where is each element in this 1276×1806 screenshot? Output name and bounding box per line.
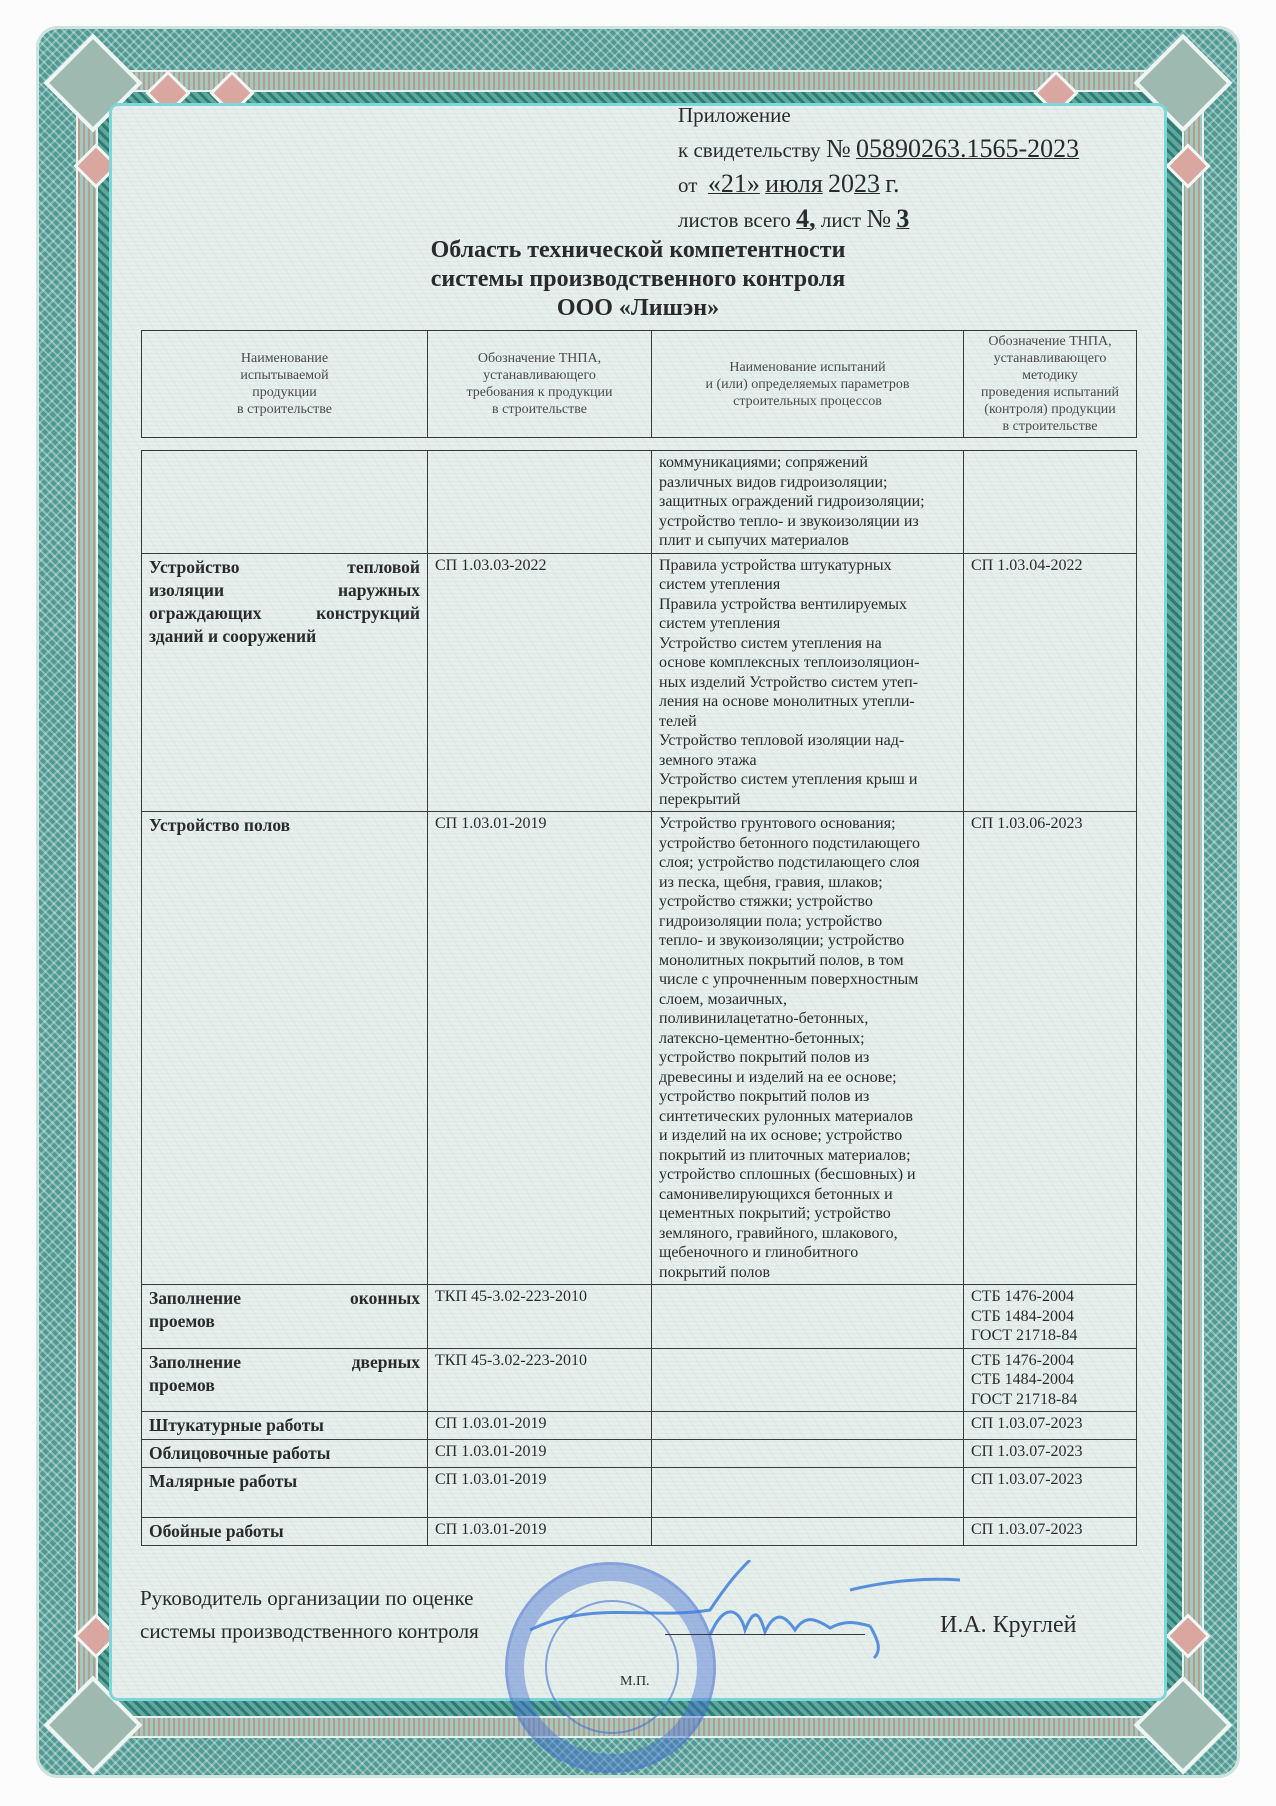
cell-line: Устройство тепловой xyxy=(149,556,420,579)
cell-line: земного этажа xyxy=(659,751,956,771)
table-row: Облицовочные работыСП 1.03.01-2019СП 1.0… xyxy=(142,1440,1137,1468)
cell-line: зданий и сооружений xyxy=(149,625,420,648)
header-line: продукции xyxy=(146,384,423,401)
cell-requirement-tnpa: ТКП 45-3.02-223-2010 xyxy=(428,1285,652,1349)
column-header-requirement-tnpa: Обозначение ТНПА,устанавливающеготребова… xyxy=(428,331,652,438)
cell-line: ных изделий Устройство систем утеп- xyxy=(659,673,956,693)
signature-icon xyxy=(510,1560,970,1670)
certificate-prefix: к свидетельству xyxy=(678,138,821,162)
cell-requirement-tnpa: СП 1.03.01-2019 xyxy=(428,812,652,1285)
cell-line: устройство стяжки; устройство xyxy=(659,892,956,912)
cell-tests: Правила устройства штукатурныхсистем уте… xyxy=(652,553,964,812)
cell-line: Обойные работы xyxy=(149,1520,420,1543)
cell-line: Правила устройства вентилируемых xyxy=(659,595,956,615)
cell-line: Устройство систем утепления крыш и xyxy=(659,770,956,790)
table-row: Заполнение дверныхпроемовТКП 45-3.02-223… xyxy=(142,1348,1137,1412)
cell-line: ления на основе монолитных утепли- xyxy=(659,692,956,712)
cell-product: Штукатурные работы xyxy=(142,1412,428,1440)
cell-line: СТБ 1484-2004 xyxy=(971,1307,1129,1327)
cell-product: Обойные работы xyxy=(142,1518,428,1546)
sheet-number-sign: № xyxy=(866,204,891,233)
signatory-name: И.А. Круглей xyxy=(940,1612,1076,1639)
cell-line: СТБ 1484-2004 xyxy=(971,1370,1129,1390)
date-suffix: г. xyxy=(885,169,899,198)
header-line: и (или) определяемых параметров xyxy=(656,376,959,393)
appendix-header: Приложение к свидетельству № 05890263.15… xyxy=(678,98,1079,237)
table-row: Штукатурные работыСП 1.03.01-2019СП 1.03… xyxy=(142,1412,1137,1440)
date-prefix: от xyxy=(678,173,697,197)
table-row: Устройство половСП 1.03.01-2019Устройств… xyxy=(142,812,1137,1285)
cell-line: Устройство тепловой изоляции над- xyxy=(659,731,956,751)
header-line: Обозначение ТНПА, xyxy=(432,350,647,367)
cell-line: Малярные работы xyxy=(149,1470,420,1493)
cell-line: СТБ 1476-2004 xyxy=(971,1287,1129,1307)
sheet-number: 3 xyxy=(896,204,909,233)
cell-line: телей xyxy=(659,712,956,732)
certificate-number: 05890263.1565-2023 xyxy=(856,134,1079,163)
cell-requirement-tnpa: ТКП 45-3.02-223-2010 xyxy=(428,1348,652,1412)
cell-line: проемов xyxy=(149,1374,420,1397)
header-line: Наименование xyxy=(146,350,423,367)
cell-method-tnpa: СП 1.03.07-2023 xyxy=(964,1468,1137,1518)
date-year-suffix: 23 xyxy=(854,169,880,198)
cell-tests: коммуникациями; сопряженийразличных видо… xyxy=(652,451,964,554)
cell-line: тепло- и звукоизоляции; устройство xyxy=(659,931,956,951)
cell-method-tnpa xyxy=(964,451,1137,554)
cell-line: числе с упрочненным поверхностным xyxy=(659,970,956,990)
cell-product: Устройство полов xyxy=(142,812,428,1285)
cell-line: устройство сплошных (бесшовных) и xyxy=(659,1165,956,1185)
competence-table: Наименованиеиспытываемойпродукциив строи… xyxy=(141,330,1137,1546)
cell-line: СП 1.03.07-2023 xyxy=(971,1520,1129,1540)
cell-line: монолитных покрытий полов, в том xyxy=(659,951,956,971)
column-header-product: Наименованиеиспытываемойпродукциив строи… xyxy=(142,331,428,438)
cell-line: изоляции наружных xyxy=(149,579,420,602)
cell-line: Заполнение оконных xyxy=(149,1287,420,1310)
cell-line: покрытий полов xyxy=(659,1263,956,1283)
cell-requirement-tnpa: СП 1.03.01-2019 xyxy=(428,1412,652,1440)
table-body: коммуникациями; сопряженийразличных видо… xyxy=(142,451,1137,1546)
cell-line: систем утепления xyxy=(659,614,956,634)
cell-method-tnpa: СП 1.03.06-2023 xyxy=(964,812,1137,1285)
cell-line: Штукатурные работы xyxy=(149,1414,420,1437)
table-row: Малярные работыСП 1.03.01-2019СП 1.03.07… xyxy=(142,1468,1137,1518)
sheets-total: 4, xyxy=(796,204,816,233)
header-line: строительных процессов xyxy=(656,393,959,410)
cell-method-tnpa: СП 1.03.07-2023 xyxy=(964,1440,1137,1468)
cell-tests: Устройство грунтового основания;устройст… xyxy=(652,812,964,1285)
title-line-2: системы производственного контроля xyxy=(0,265,1276,294)
cell-product: Заполнение оконныхпроемов xyxy=(142,1285,428,1349)
cell-line: СП 1.03.01-2019 xyxy=(435,1520,644,1540)
cell-line: цементных покрытий; устройство xyxy=(659,1204,956,1224)
title-line-1: Область технической компетентности xyxy=(0,236,1276,265)
cell-line: Правила устройства штукатурных xyxy=(659,556,956,576)
cell-line: Устройство полов xyxy=(149,814,420,837)
cell-product: Устройство тепловойизоляции наружныхогра… xyxy=(142,553,428,812)
cell-line: из песка, щебня, гравия, шлаков; xyxy=(659,873,956,893)
header-line: проведения испытаний xyxy=(968,384,1132,401)
appendix-label: Приложение xyxy=(678,103,791,127)
cell-method-tnpa: СП 1.03.07-2023 xyxy=(964,1412,1137,1440)
cell-line: самонивелирующихся бетонных и xyxy=(659,1185,956,1205)
cell-line: Заполнение дверных xyxy=(149,1351,420,1374)
cell-line: ГОСТ 21718-84 xyxy=(971,1390,1129,1410)
seal-label: М.П. xyxy=(620,1674,650,1690)
cell-line: СП 1.03.07-2023 xyxy=(971,1470,1129,1490)
header-line: (контроля) продукции xyxy=(968,401,1132,418)
date-day: «21» xyxy=(708,169,760,198)
table-row: Заполнение оконныхпроемовТКП 45-3.02-223… xyxy=(142,1285,1137,1349)
cell-line: СП 1.03.01-2019 xyxy=(435,1414,644,1434)
cell-line: коммуникациями; сопряжений xyxy=(659,453,956,473)
cell-product xyxy=(142,451,428,554)
header-line: в строительстве xyxy=(146,401,423,418)
cell-line: ТКП 45-3.02-223-2010 xyxy=(435,1351,644,1371)
cell-line: систем утепления xyxy=(659,575,956,595)
title-line-3: ООО «Лишэн» xyxy=(0,294,1276,323)
cell-line: СП 1.03.07-2023 xyxy=(971,1414,1129,1434)
cell-tests xyxy=(652,1285,964,1349)
cell-line: устройство покрытий полов из xyxy=(659,1048,956,1068)
document-title: Область технической компетентности систе… xyxy=(0,236,1276,323)
cell-line: СП 1.03.06-2023 xyxy=(971,814,1129,834)
table-row: Обойные работыСП 1.03.01-2019СП 1.03.07-… xyxy=(142,1518,1137,1546)
signatory-title-line-2: системы производственного контроля xyxy=(140,1615,479,1648)
date-month: июля xyxy=(765,169,823,198)
cell-line: СП 1.03.01-2019 xyxy=(435,814,644,834)
cell-line: гидроизоляции пола; устройство xyxy=(659,912,956,932)
cell-line: устройство покрытий полов из xyxy=(659,1087,956,1107)
cell-requirement-tnpa xyxy=(428,451,652,554)
cell-line: щебеночного и глинобитного xyxy=(659,1243,956,1263)
cell-line: СП 1.03.04-2022 xyxy=(971,556,1129,576)
cell-product: Заполнение дверныхпроемов xyxy=(142,1348,428,1412)
column-header-tests: Наименование испытанийи (или) определяем… xyxy=(652,331,964,438)
cell-line: различных видов гидроизоляции; xyxy=(659,473,956,493)
cell-line: древесины и изделий на ее основе; xyxy=(659,1068,956,1088)
cell-line: Устройство систем утепления на xyxy=(659,634,956,654)
cell-tests xyxy=(652,1468,964,1518)
header-line: устанавливающего методику xyxy=(968,350,1132,384)
cell-line: ограждающих конструкций xyxy=(149,602,420,625)
column-header-method-tnpa: Обозначение ТНПА,устанавливающего методи… xyxy=(964,331,1137,438)
cell-method-tnpa: СП 1.03.04-2022 xyxy=(964,553,1137,812)
cell-method-tnpa: СТБ 1476-2004СТБ 1484-2004ГОСТ 21718-84 xyxy=(964,1348,1137,1412)
signatory-title-line-1: Руководитель организации по оценке xyxy=(140,1582,479,1615)
sheets-total-label: листов всего xyxy=(678,208,791,232)
header-line: Наименование испытаний xyxy=(656,359,959,376)
cell-line: основе комплексных теплоизоляцион- xyxy=(659,653,956,673)
table-row: коммуникациями; сопряженийразличных видо… xyxy=(142,451,1137,554)
sheet-label: лист xyxy=(821,208,861,232)
cell-line: СП 1.03.03-2022 xyxy=(435,556,644,576)
table-row: Устройство тепловойизоляции наружныхогра… xyxy=(142,553,1137,812)
cell-line: ТКП 45-3.02-223-2010 xyxy=(435,1287,644,1307)
header-line: Обозначение ТНПА, xyxy=(968,333,1132,350)
cell-line: проемов xyxy=(149,1310,420,1333)
header-line: требования к продукции xyxy=(432,384,647,401)
cell-requirement-tnpa: СП 1.03.01-2019 xyxy=(428,1468,652,1518)
cell-line: СП 1.03.07-2023 xyxy=(971,1442,1129,1462)
cell-method-tnpa: СТБ 1476-2004СТБ 1484-2004ГОСТ 21718-84 xyxy=(964,1285,1137,1349)
cell-line: защитных ограждений гидроизоляции; xyxy=(659,492,956,512)
cell-line: СТБ 1476-2004 xyxy=(971,1351,1129,1371)
header-line: в строительстве xyxy=(432,401,647,418)
cell-line: плит и сыпучих материалов xyxy=(659,531,956,551)
cell-line: поливинилацетатно-бетонных, xyxy=(659,1009,956,1029)
cell-line: земляного, гравийного, шлакового, xyxy=(659,1224,956,1244)
cell-line: перекрытий xyxy=(659,790,956,810)
cell-line: устройство бетонного подстилающего xyxy=(659,834,956,854)
cell-requirement-tnpa: СП 1.03.01-2019 xyxy=(428,1440,652,1468)
header-line: в строительстве xyxy=(968,418,1132,435)
number-sign: № xyxy=(826,134,851,163)
cell-line: Облицовочные работы xyxy=(149,1442,420,1465)
cell-line: синтетических рулонных материалов xyxy=(659,1107,956,1127)
cell-line: устройство тепло- и звукоизоляции из xyxy=(659,512,956,532)
table-header-row: Наименованиеиспытываемойпродукциив строи… xyxy=(142,331,1137,438)
cell-product: Облицовочные работы xyxy=(142,1440,428,1468)
cell-line: Устройство грунтового основания; xyxy=(659,814,956,834)
cell-product: Малярные работы xyxy=(142,1468,428,1518)
cell-tests xyxy=(652,1412,964,1440)
cell-tests xyxy=(652,1348,964,1412)
cell-line: СП 1.03.01-2019 xyxy=(435,1470,644,1490)
cell-line: покрытий из плиточных материалов; xyxy=(659,1146,956,1166)
cell-tests xyxy=(652,1518,964,1546)
signatory-title: Руководитель организации по оценке систе… xyxy=(140,1582,479,1648)
cell-method-tnpa: СП 1.03.07-2023 xyxy=(964,1518,1137,1546)
cell-line: ГОСТ 21718-84 xyxy=(971,1326,1129,1346)
cell-requirement-tnpa: СП 1.03.01-2019 xyxy=(428,1518,652,1546)
cell-line: латексно-цементно-бетонных; xyxy=(659,1029,956,1049)
signature-line xyxy=(665,1634,865,1635)
header-line: испытываемой xyxy=(146,367,423,384)
date-year-prefix: 20 xyxy=(828,169,854,198)
cell-tests xyxy=(652,1440,964,1468)
header-line: устанавливающего xyxy=(432,367,647,384)
cell-line: слоя; устройство подстилающего слоя xyxy=(659,853,956,873)
cell-line: СП 1.03.01-2019 xyxy=(435,1442,644,1462)
cell-line: слоем, мозаичных, xyxy=(659,990,956,1010)
cell-requirement-tnpa: СП 1.03.03-2022 xyxy=(428,553,652,812)
cell-line: и изделий на их основе; устройство xyxy=(659,1126,956,1146)
